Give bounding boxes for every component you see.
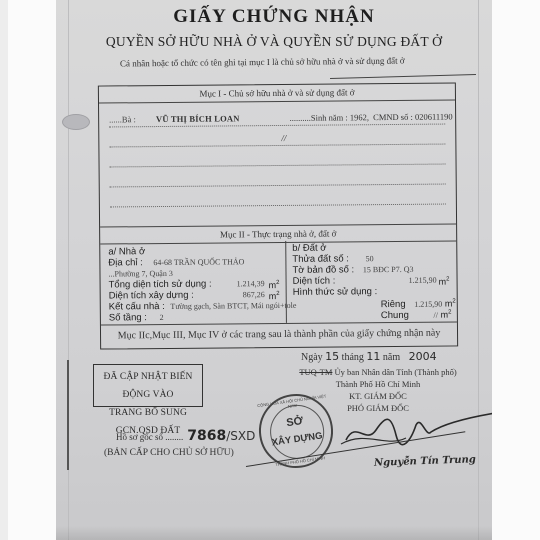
owner-birth-year: ..........Sinh năm : 1962, bbox=[290, 112, 369, 123]
build-area-label: Diện tích xây dựng : bbox=[109, 290, 194, 302]
owner-id-number: CMND số : 020611190 bbox=[373, 111, 453, 122]
hole-punch-icon bbox=[62, 114, 90, 130]
file-number-value: 7868 bbox=[187, 428, 226, 444]
certificate-table: Mục I - Chủ sở hữu nhà ở và sử dụng đất … bbox=[98, 82, 458, 349]
dotted-line bbox=[110, 204, 446, 208]
total-use-area-value: 1.214,39 bbox=[237, 278, 265, 289]
file-number: Hồ sơ gốc số ........7868/SXD bbox=[116, 428, 255, 444]
map-sheet-value: 15 BĐC P7. Q3 bbox=[363, 265, 414, 274]
document-subtitle: QUYỀN SỞ HỮU NHÀ Ở VÀ QUYỀN SỬ DỤNG ĐẤT … bbox=[56, 34, 492, 50]
address-value: 64-68 TRẦN QUỐC THẢO bbox=[153, 257, 244, 267]
intro-text: Cá nhân hoặc tổ chức có tên ghi tại mục … bbox=[120, 56, 405, 69]
signature-icon bbox=[336, 410, 492, 450]
owner-salutation: ......Bà : bbox=[109, 114, 136, 124]
structure-label: Kết cấu nhà : bbox=[109, 301, 165, 312]
signer-name: Nguyễn Tín Trung bbox=[374, 454, 476, 469]
background-edge bbox=[0, 0, 8, 540]
issue-year: 2004 bbox=[409, 350, 437, 363]
floors-row: Số tầng : 2 bbox=[109, 311, 284, 324]
section1-header: Mục I - Chủ sở hữu nhà ở và sử dụng đất … bbox=[99, 83, 455, 103]
shared-label: Chung bbox=[381, 310, 409, 321]
issue-month: 11 bbox=[366, 350, 380, 363]
shared-value: // bbox=[433, 311, 438, 320]
plot-value: 50 bbox=[366, 254, 374, 263]
divider bbox=[330, 74, 476, 79]
certificate-page: GIẤY CHỨNG NHẬN QUYỀN SỞ HỮU NHÀ Ở VÀ QU… bbox=[56, 0, 492, 540]
structure-value: Tường gạch, Sàn BTCT, Mái ngói+tole bbox=[170, 301, 296, 311]
total-use-area-label: Tổng diện tích sử dụng : bbox=[109, 279, 212, 291]
land-details: b/ Đất ở Thửa đất số : 50 Tờ bản đồ số :… bbox=[292, 241, 453, 319]
copy-note: (BẢN CẤP CHO CHỦ SỞ HỮU) bbox=[104, 448, 234, 458]
floors-value: 2 bbox=[160, 313, 164, 322]
house-details: a/ Nhà ở Địa chỉ : 64-68 TRẦN QUỐC THẢO … bbox=[108, 245, 284, 324]
background-margin-right bbox=[492, 0, 540, 540]
official-seal-icon: CỘNG HÒA XÃ HỘI CHỦ NGHĨA VIỆT NAM SỞ XÂ… bbox=[254, 389, 338, 473]
issue-day: 15 bbox=[325, 350, 339, 363]
owner-name: VŨ THỊ BÍCH LOAN bbox=[156, 113, 240, 124]
address-label: Địa chỉ : bbox=[108, 257, 142, 268]
dotted-line bbox=[109, 144, 445, 148]
land-area-value: 1.215,90 bbox=[409, 275, 437, 286]
map-sheet-label: Tờ bản đồ số : bbox=[292, 264, 354, 276]
document-title: GIẤY CHỨNG NHẬN bbox=[56, 6, 492, 28]
owner-row: ......Bà : VŨ THỊ BÍCH LOAN ..........Si… bbox=[109, 111, 452, 124]
dotted-line bbox=[110, 164, 446, 168]
build-area-value: 867,26 bbox=[243, 289, 265, 300]
dotted-line bbox=[109, 124, 445, 128]
margin-rule bbox=[67, 360, 69, 470]
tug-mark: TUQ-TM bbox=[299, 367, 332, 377]
blank-mark: // bbox=[281, 133, 286, 143]
background-margin-left bbox=[8, 0, 56, 540]
floors-label: Số tầng : bbox=[109, 312, 147, 323]
land-area-label: Diện tích : bbox=[293, 276, 336, 287]
dotted-line bbox=[110, 184, 446, 188]
shared-use-row: Chung // m2 bbox=[293, 307, 453, 319]
fold-line bbox=[478, 0, 479, 540]
update-stamp: ĐÃ CẬP NHẬT BIẾN ĐỘNG VÀO TRANG BỔ SUNG … bbox=[93, 364, 203, 407]
column-divider bbox=[285, 241, 287, 323]
plot-label: Thửa đất số : bbox=[292, 253, 349, 264]
footer-note: Mục IIc,Mục III, Mục IV ở các trang sau … bbox=[101, 321, 457, 347]
issue-date: Ngày 15 tháng 11 năm 2004 bbox=[301, 350, 437, 363]
